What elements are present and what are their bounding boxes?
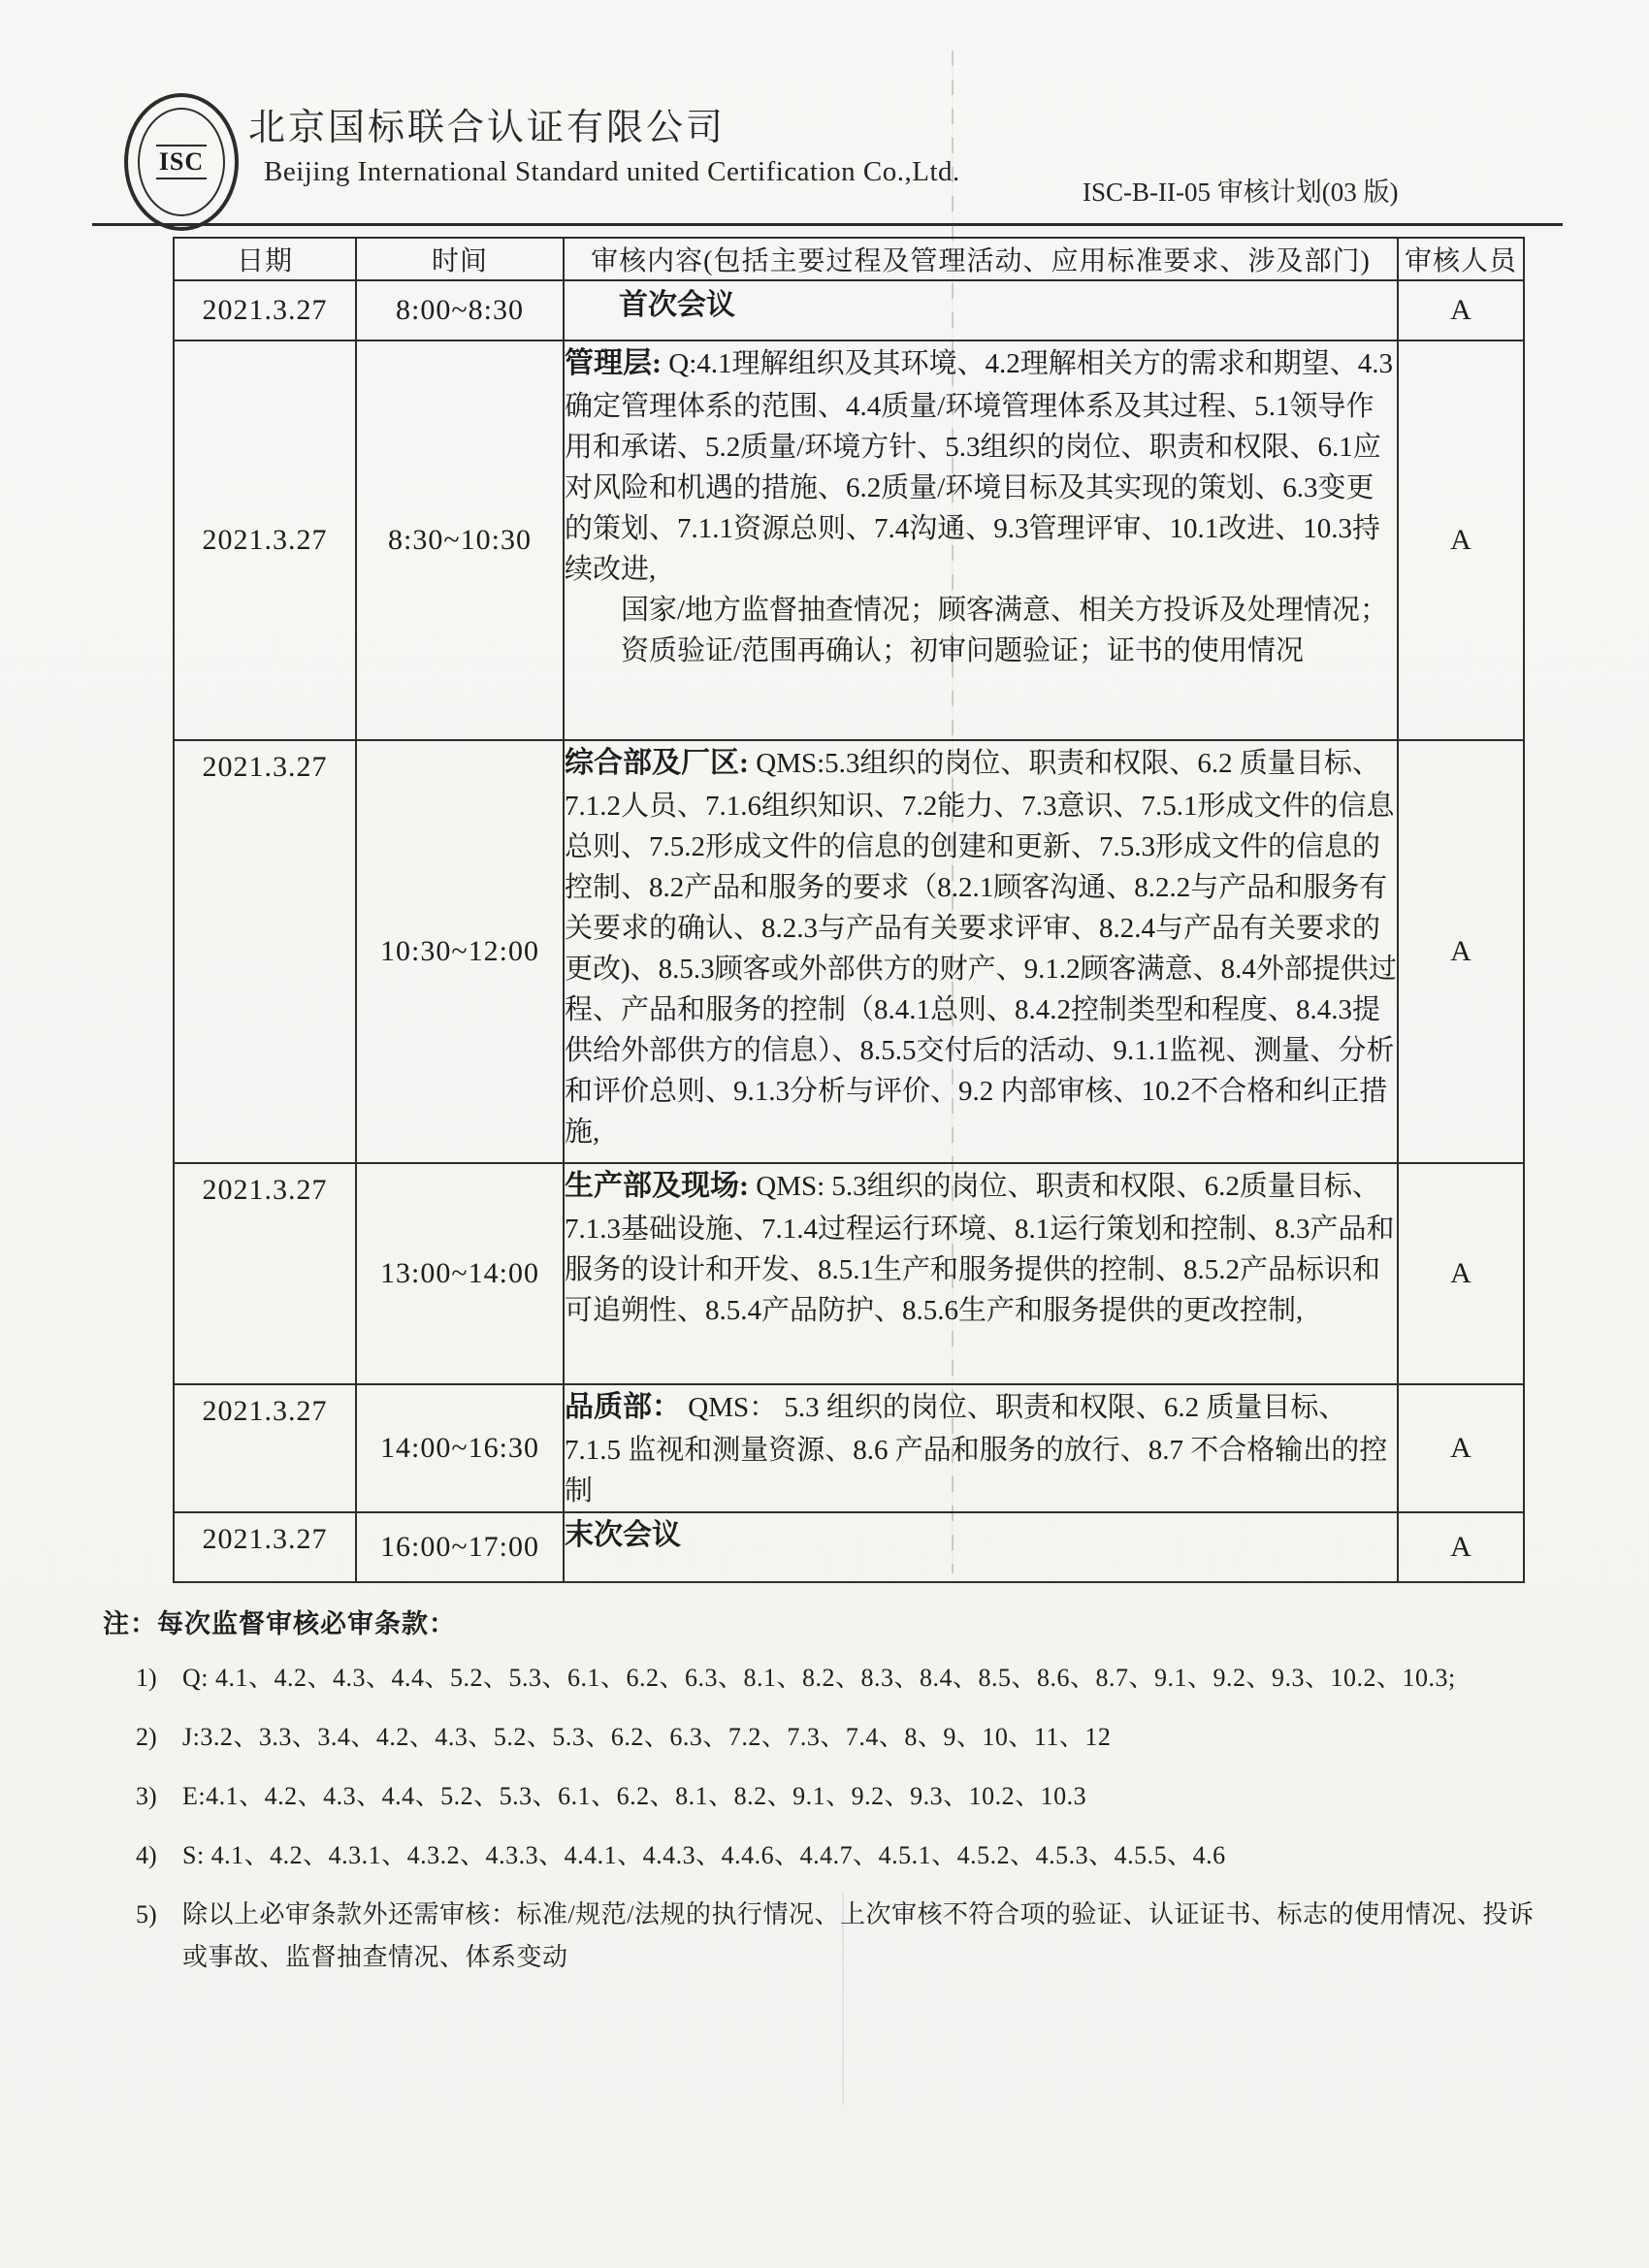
date-cell: 2021.3.27: [174, 280, 356, 340]
note-item-number: 1): [136, 1657, 182, 1700]
table-row: 2021.3.27 13:00~14:00 生产部及现场: QMS: 5.3组织…: [174, 1163, 1524, 1384]
column-header-content: 审核内容(包括主要过程及管理活动、应用标准要求、涉及部门): [564, 238, 1398, 280]
auditor-cell: A: [1398, 1384, 1524, 1512]
note-item-text: J:3.2、3.3、3.4、4.2、4.3、5.2、5.3、6.2、6.3、7.…: [182, 1716, 1538, 1759]
content-heading: 生产部及现场:: [565, 1170, 749, 1202]
auditor-cell: A: [1398, 280, 1524, 340]
notes-list: 1) Q: 4.1、4.2、4.3、4.4、5.2、5.3、6.1、6.2、6.…: [103, 1657, 1538, 1979]
content-heading: 综合部及厂区:: [565, 747, 749, 779]
time-cell: 10:30~12:00: [356, 740, 564, 1163]
content-heading: 品质部：: [565, 1391, 681, 1423]
time-cell: 16:00~17:00: [356, 1512, 564, 1582]
auditor-cell: A: [1398, 1512, 1524, 1582]
date-cell: 2021.3.27: [174, 1384, 356, 1512]
note-item-text: S: 4.1、4.2、4.3.1、4.3.2、4.3.3、4.4.1、4.4.3…: [182, 1834, 1538, 1877]
content-extra-line: 国家/地方监督抽查情况；顾客满意、相关方投诉及处理情况；: [565, 590, 1397, 631]
auditor-cell: A: [1398, 740, 1524, 1163]
note-item-number: 4): [136, 1834, 182, 1877]
table-row: 2021.3.27 16:00~17:00 末次会议 A: [174, 1512, 1524, 1582]
date-cell: 2021.3.27: [174, 1163, 356, 1384]
scanned-audit-plan-page: ISC 北京国标联合认证有限公司 Beijing International S…: [0, 0, 1649, 2268]
auditor-cell: A: [1398, 1163, 1524, 1384]
table-row: 2021.3.27 10:30~12:00 综合部及厂区: QMS:5.3组织的…: [174, 740, 1524, 1163]
time-cell: 8:30~10:30: [356, 340, 564, 740]
column-header-auditor: 审核人员: [1398, 238, 1524, 280]
note-item: 2) J:3.2、3.3、3.4、4.2、4.3、5.2、5.3、6.2、6.3…: [103, 1716, 1538, 1759]
content-cell: 管理层: Q:4.1理解组织及其环境、4.2理解相关方的需求和期望、4.3 确定…: [564, 340, 1398, 740]
time-cell: 14:00~16:30: [356, 1384, 564, 1512]
date-cell: 2021.3.27: [174, 1512, 356, 1582]
header-divider-rule: [92, 223, 1563, 226]
company-name-chinese: 北京国标联合认证有限公司: [248, 97, 726, 150]
note-item-number: 5): [136, 1894, 182, 1979]
table-header-row: 日期 时间 审核内容(包括主要过程及管理活动、应用标准要求、涉及部门) 审核人员: [174, 238, 1524, 280]
note-item-text: Q: 4.1、4.2、4.3、4.4、5.2、5.3、6.1、6.2、6.3、8…: [182, 1657, 1538, 1700]
date-cell: 2021.3.27: [174, 340, 356, 740]
content-cell: 末次会议: [564, 1512, 1398, 1582]
note-item: 4) S: 4.1、4.2、4.3.1、4.3.2、4.3.3、4.4.1、4.…: [103, 1834, 1538, 1877]
audit-schedule-table: 日期 时间 审核内容(包括主要过程及管理活动、应用标准要求、涉及部门) 审核人员…: [173, 237, 1525, 1583]
content-body: QMS:5.3组织的岗位、职责和权限、6.2 质量目标、7.1.2人员、7.1.…: [565, 748, 1397, 1148]
table-row: 2021.3.27 8:00~8:30 首次会议 A: [174, 280, 1524, 340]
company-name-english: Beijing International Standard united Ce…: [264, 156, 960, 188]
table-row: 2021.3.27 8:30~10:30 管理层: Q:4.1理解组织及其环境、…: [174, 340, 1524, 740]
note-item-text: 除以上必审条款外还需审核：标准/规范/法规的执行情况、上次审核不符合项的验证、认…: [182, 1894, 1538, 1979]
company-logo-inner-ring: ISC: [138, 108, 225, 216]
auditor-cell: A: [1398, 340, 1524, 740]
note-item-number: 2): [136, 1716, 182, 1759]
company-logo: ISC: [124, 93, 239, 231]
content-body: QMS： 5.3 组织的岗位、职责和权限、6.2 质量目标、7.1.5 监视和测…: [565, 1392, 1387, 1507]
content-extra-line: 资质验证/范围再确认；初审问题验证；证书的使用情况: [565, 631, 1397, 671]
audit-table-body: 2021.3.27 8:00~8:30 首次会议 A 2021.3.27 8:3…: [174, 280, 1524, 1582]
document-code: ISC-B-II-05 审核计划(03 版): [1083, 171, 1398, 209]
note-item: 1) Q: 4.1、4.2、4.3、4.4、5.2、5.3、6.1、6.2、6.…: [103, 1657, 1538, 1700]
note-item: 5) 除以上必审条款外还需审核：标准/规范/法规的执行情况、上次审核不符合项的验…: [103, 1894, 1538, 1979]
time-cell: 13:00~14:00: [356, 1163, 564, 1384]
column-header-date: 日期: [174, 238, 356, 280]
note-item-text: E:4.1、4.2、4.3、4.4、5.2、5.3、6.1、6.2、8.1、8.…: [182, 1775, 1538, 1818]
note-item-number: 3): [136, 1775, 182, 1818]
content-cell: 综合部及厂区: QMS:5.3组织的岗位、职责和权限、6.2 质量目标、7.1.…: [564, 740, 1398, 1163]
company-logo-text: ISC: [156, 145, 207, 179]
content-heading: 管理层:: [565, 347, 662, 379]
content-body: Q:4.1理解组织及其环境、4.2理解相关方的需求和期望、4.3 确定管理体系的…: [565, 348, 1393, 585]
column-header-time: 时间: [356, 238, 564, 280]
content-cell: 首次会议: [564, 280, 1398, 340]
table-row: 2021.3.27 14:00~16:30 品质部： QMS： 5.3 组织的岗…: [174, 1384, 1524, 1512]
content-cell: 品质部： QMS： 5.3 组织的岗位、职责和权限、6.2 质量目标、7.1.5…: [564, 1384, 1398, 1512]
notes-section: 注：每次监督审核必审条款： 1) Q: 4.1、4.2、4.3、4.4、5.2、…: [103, 1603, 1538, 1979]
content-heading: 首次会议: [565, 289, 735, 321]
notes-title: 注：每次监督审核必审条款：: [103, 1603, 1538, 1640]
note-item: 3) E:4.1、4.2、4.3、4.4、5.2、5.3、6.1、6.2、8.1…: [103, 1775, 1538, 1818]
time-cell: 8:00~8:30: [356, 280, 564, 340]
content-extra-lines: 国家/地方监督抽查情况；顾客满意、相关方投诉及处理情况；资质验证/范围再确认；初…: [565, 590, 1397, 671]
date-cell: 2021.3.27: [174, 740, 356, 1163]
content-heading: 末次会议: [565, 1519, 681, 1551]
content-cell: 生产部及现场: QMS: 5.3组织的岗位、职责和权限、6.2质量目标、7.1.…: [564, 1163, 1398, 1384]
